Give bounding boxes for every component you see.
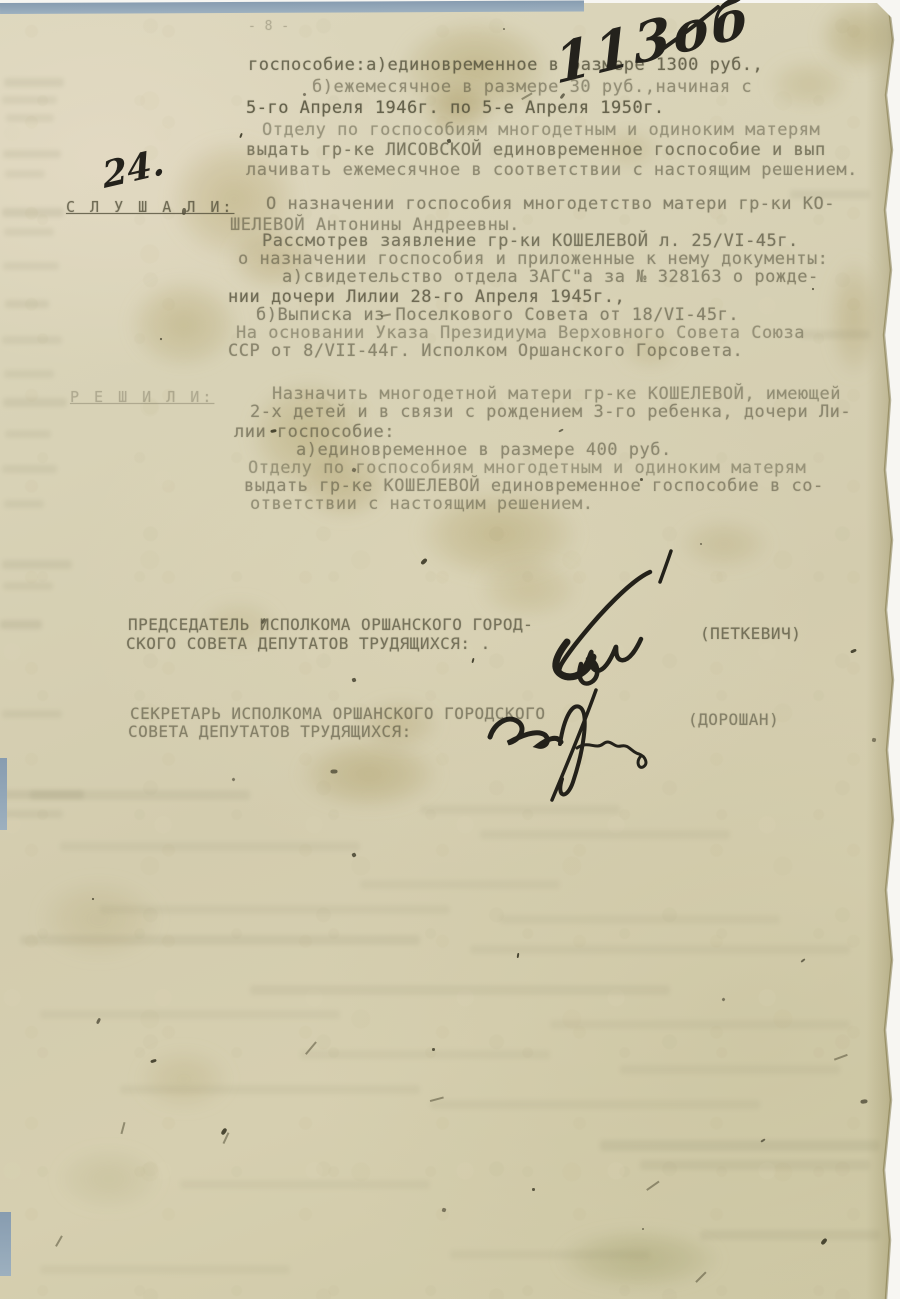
chairman-title-line1: ПРЕДСЕДАТЕЛЬ ИСПОЛКОМА ОРШАНСКОГО ГОРОД- bbox=[128, 617, 533, 633]
body-line: ответствии с настоящим решением. bbox=[250, 496, 594, 513]
body-line: а)свидетельство отдела ЗАГС"а за № 32816… bbox=[282, 269, 819, 286]
body-line: О назначении госпособия многодетство мат… bbox=[266, 196, 835, 213]
body-line: б)ежемесячное в размере 30 руб.,начиная … bbox=[312, 79, 752, 96]
body-line: лии госпособие: bbox=[234, 424, 395, 441]
body-line: выдать гр-ке КОШЕЛЕВОЙ единовременное го… bbox=[244, 478, 824, 495]
heading-resolved: Р Е Ш И Л И: bbox=[70, 390, 214, 405]
body-line: лачивать ежемесячное в соответствии с на… bbox=[246, 162, 858, 179]
faint-page-number: - 8 - bbox=[248, 20, 290, 33]
body-line: выдать гр-ке ЛИСОВСКОЙ единовременное го… bbox=[246, 142, 826, 159]
body-line: Назначить многодетной матери гр-ке КОШЕЛ… bbox=[272, 386, 841, 403]
chairman-title-line2: СКОГО СОВЕТА ДЕПУТАТОВ ТРУДЯЩИХСЯ: . bbox=[126, 636, 491, 652]
body-line: а)единовременное в размере 400 руб. bbox=[296, 442, 672, 459]
body-line: На основании Указа Президиума Верховного… bbox=[236, 325, 805, 342]
body-line: 5-го Апреля 1946г. по 5-е Апреля 1950г. bbox=[246, 100, 665, 117]
heading-heard: С Л У Ш А Л И: bbox=[66, 200, 234, 215]
body-line: о назначении госпособия и приложенные к … bbox=[238, 251, 828, 268]
chairman-surname: (ПЕТКЕВИЧ) bbox=[700, 626, 801, 642]
body-line: б)Выписка из Поселкового Совета от 18/VI… bbox=[256, 307, 739, 324]
secretary-title-line1: СЕКРЕТАРЬ ИСПОЛКОМА ОРШАНСКОГО ГОРОДСКОГ… bbox=[130, 706, 545, 722]
secretary-title-line2: СОВЕТА ДЕПУТАТОВ ТРУДЯЩИХСЯ: bbox=[128, 724, 412, 740]
body-line: Рассмотрев заявление гр-ки КОШЕЛЕВОЙ л. … bbox=[262, 233, 799, 250]
typed-text-layer: - 8 -госпособие:а)единовременное в разме… bbox=[0, 0, 900, 1299]
body-line: Отделу по госпособиям многодетным и один… bbox=[262, 122, 820, 139]
body-line: ССР от 8/VII-44г. Исполком Оршанского Го… bbox=[228, 343, 743, 360]
body-line: Отделу по госпособиям многодетным и один… bbox=[248, 460, 806, 477]
body-line: нии дочери Лилии 28-го Апреля 1945г., bbox=[228, 289, 625, 306]
secretary-surname: (ДОРОШАН) bbox=[688, 712, 779, 728]
body-line: 2-х детей и в связи с рождением 3-го реб… bbox=[250, 404, 851, 421]
